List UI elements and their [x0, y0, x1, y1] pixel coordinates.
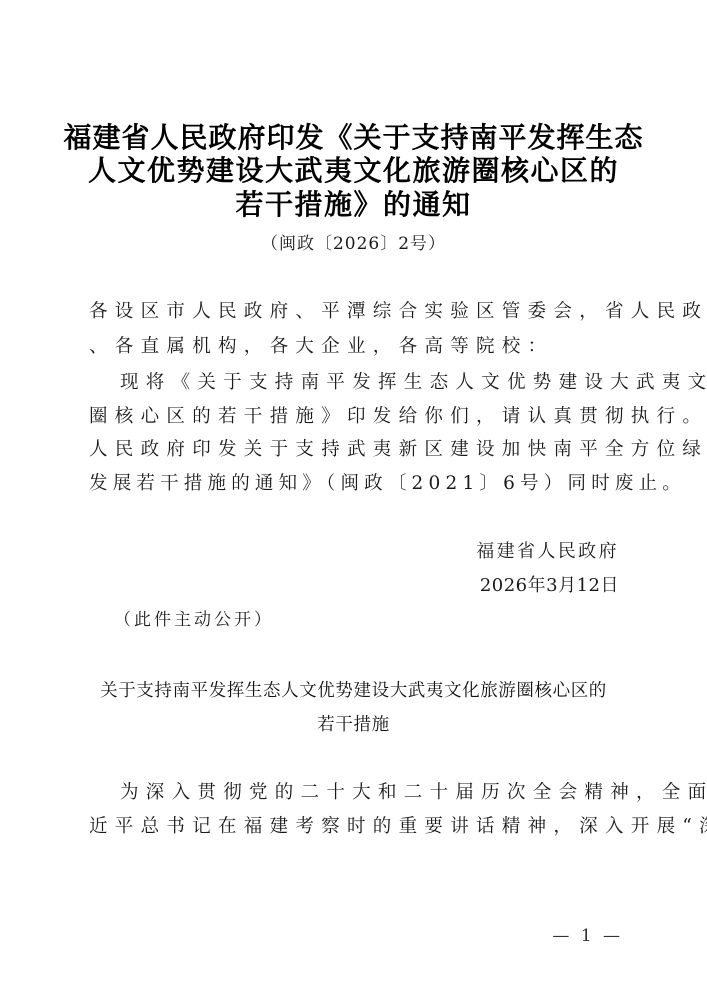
- document-title-line-2: 人文优势建设大武夷文化旅游圈核心区的: [0, 154, 707, 187]
- document-number: （闽政〔2026〕2号）: [0, 233, 707, 255]
- body-line-2: 圈核心区的若干措施》印发给你们，请认真贯彻执行。《福建省: [89, 405, 621, 429]
- document-title-line-3: 若干措施》的通知: [0, 188, 707, 221]
- body-line-4: 发展若干措施的通知》（闽政〔2021〕6号）同时废止。: [89, 472, 621, 496]
- page-number: — 1 —: [552, 926, 623, 946]
- measures-intro-line-1: 为深入贯彻党的二十大和二十届历次全会精神，全面落实习: [120, 781, 620, 805]
- signature-date: 2026年3月12日: [480, 574, 619, 598]
- body-line-1: 现将《关于支持南平发挥生态人文优势建设大武夷文化旅游: [120, 371, 620, 395]
- measures-title-line-2: 若干措施: [0, 713, 707, 737]
- public-disclosure-note: （此件主动公开）: [114, 608, 274, 632]
- document-title-line-1: 福建省人民政府印发《关于支持南平发挥生态: [0, 121, 707, 154]
- recipients-line-1: 各设区市人民政府、平潭综合实验区管委会，省人民政府各部门: [89, 300, 621, 324]
- signature-issuer: 福建省人民政府: [476, 540, 619, 564]
- measures-title-line-1: 关于支持南平发挥生态人文优势建设大武夷文化旅游圈核心区的: [0, 679, 707, 703]
- document-page: 福建省人民政府印发《关于支持南平发挥生态 人文优势建设大武夷文化旅游圈核心区的 …: [0, 0, 707, 999]
- measures-intro-line-2: 近平总书记在福建考察时的重要讲话精神，深入开展“深学争优: [89, 815, 621, 839]
- body-line-3: 人民政府印发关于支持武夷新区建设加快南平全方位绿色高质量: [89, 438, 621, 462]
- recipients-line-2: 、各直属机构，各大企业，各高等院校：: [89, 335, 621, 359]
